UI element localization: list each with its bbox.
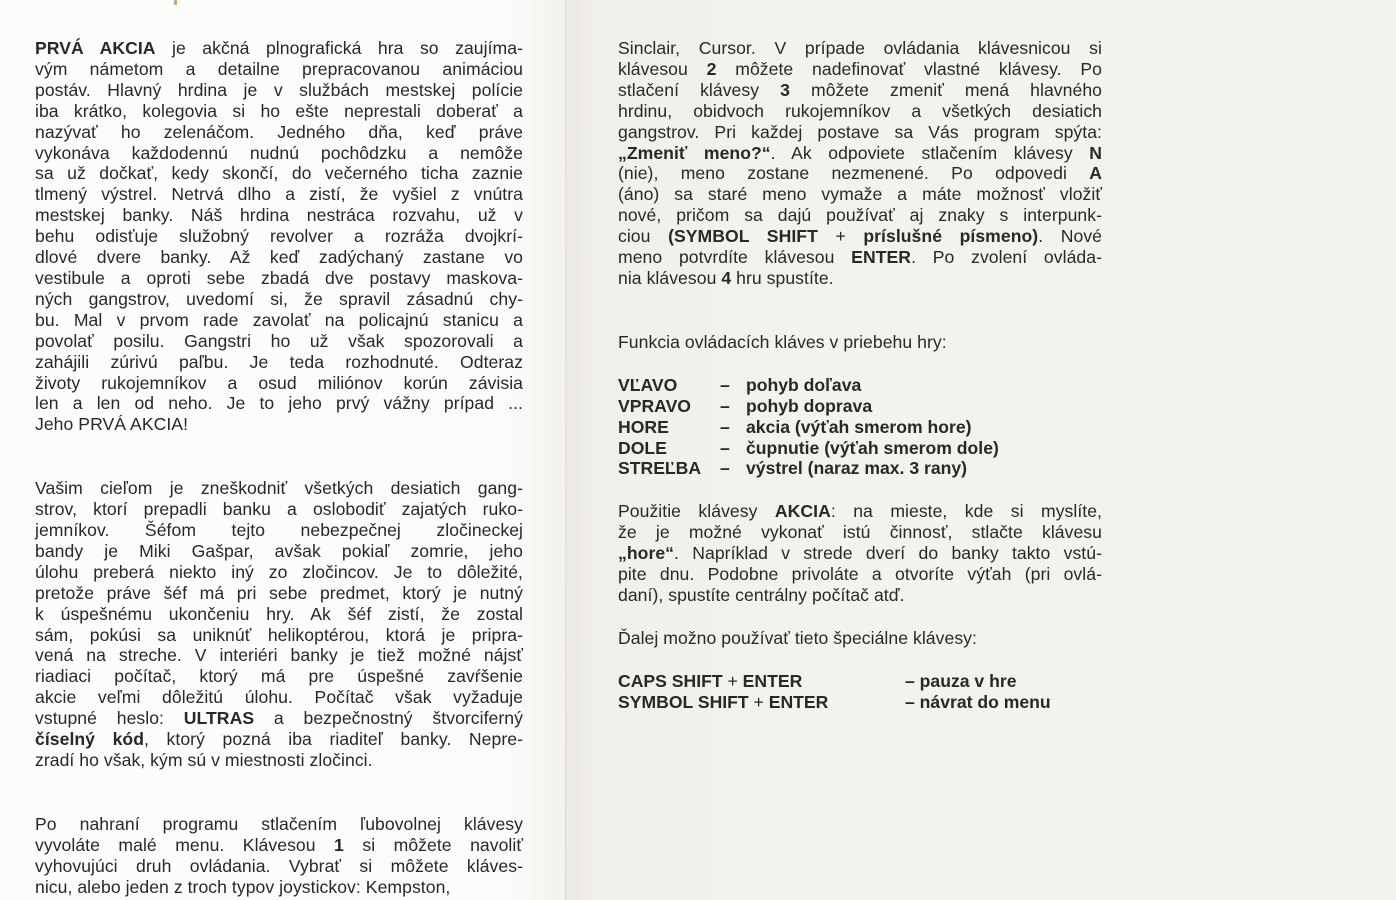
control-row: VPRAVO–pohyb doprava [618,396,1102,417]
control-key: DOLE [618,438,720,459]
manual-spread: PRVÁ AKCIA je akčná plnografická hra so … [0,0,1396,900]
control-row: DOLE–čupnutie (výťah smerom dole) [618,438,1102,459]
control-key: HORE [618,417,720,438]
text-line: vstupné heslo: ULTRAS a bezpečnostný štv… [35,708,523,729]
text-run: hrdinu, obidvoch rukojemníkov a všetkých… [618,101,1102,121]
text-line: Po nahraní programu stlačením ľubovolnej… [35,814,523,835]
text-run: , ktorý pozná iba riaditeľ banky. Nepre- [144,729,523,749]
text-line: k úspešnému ukončeniu hry. Ak šéf zistí,… [35,604,523,625]
text-run: akcie veľmi dôležitú úlohu. Počítač však… [35,687,523,707]
text-run: nazývať ho zelenáčom. Jedného dňa, keď p… [35,122,523,142]
text-line: PRVÁ AKCIA je akčná plnografická hra so … [35,38,523,59]
text-line: nicu, alebo jeden z troch typov joystick… [35,877,523,898]
text-run: klávesou [618,59,707,79]
text-run: nia klávesou [618,268,721,288]
text-line: jemníkov. Šéfom tejto nebezpečnej zločin… [35,520,523,541]
text-run: môžete zmeniť mená hlavného [790,80,1102,100]
text-run: . Po zvolení ovláda- [911,247,1102,267]
control-row: VĽAVO–pohyb doľava [618,375,1102,396]
bold-term: AKCIA [775,501,831,521]
text-line: nové, pričom sa dajú používať aj znaky s… [618,205,1102,226]
special-keys-list: CAPS SHIFT + ENTER– pauza v hreSYMBOL SH… [618,671,1102,713]
control-key: VPRAVO [618,396,720,417]
text-line: dlové dvere banky. Až keď zadýchaný zast… [35,247,523,268]
key-name: SYMBOL SHIFT [618,692,749,712]
text-run: môžete nadefinovať vlastné klávesy. Po [716,59,1102,79]
text-run: vykonáva každodennú nudnú pochôdzku a ne… [35,143,523,163]
bold-term: PRVÁ AKCIA [35,38,156,58]
text-run: postáv. Hlavný hrdina je v službách mest… [35,80,523,100]
text-run: a bezpečnostný štvorciferný [254,708,523,728]
text-line: len a len od neho. Je to jeho prvý vážny… [35,393,523,414]
text-line: iba krátko, kolegovia si ho ešte neprest… [35,101,523,122]
text-line: povolať posilu. Gangstri ho už však spoz… [35,331,523,352]
text-run: je akčná plnografická hra so zaujíma- [156,38,523,58]
text-line: Jeho PRVÁ AKCIA! [35,414,523,435]
paragraph-gap [618,606,1102,628]
text-line: vyhovujúci druh ovládania. Vybrať si môž… [35,856,523,877]
bold-term: ENTER [851,247,911,267]
plus-sign: + [723,671,743,691]
text-run: behu odisťuje služobný revolver a rozráž… [35,226,523,246]
text-run: ciou [618,226,668,246]
text-run: vyhovujúci druh ovládania. Vybrať si môž… [35,856,523,876]
text-run: meno potvrdíte klávesou [618,247,851,267]
text-run: gangstrov. Pri každej postave sa Vás pro… [618,122,1102,142]
text-line: (nie), meno zostane nezmenené. Po odpove… [618,163,1102,184]
text-line: že je možné vykonať istú činnosť, stlačt… [618,522,1102,543]
bold-term: ULTRAS [184,708,254,728]
bold-term: „hore“ [618,543,674,563]
text-run: zahájili zúrivú paľbu. Je teda rozhodnut… [35,352,523,372]
bold-term: 4 [721,268,731,288]
special-heading: Ďalej možno používať tieto špeciálne klá… [618,628,1102,649]
control-action: čupnutie (výťah smerom dole) [746,438,999,459]
text-run: zradí ho však, kým sú v miestnosti zloči… [35,750,373,770]
text-run: vená na streche. V interiéri banky je ti… [35,645,523,665]
text-run: : na mieste, kde si myslíte, [831,501,1102,521]
text-run: úlohu preberá niekto iný zo zločincov. J… [35,562,523,582]
bold-term: „Zmeniť meno?“ [618,143,771,163]
text-line: bandy je Miki Gašpar, avšak pokiaľ zomri… [35,541,523,562]
text-run: (nie), meno zostane nezmenené. Po odpove… [618,163,1089,183]
text-line: „Zmeniť meno?“. Ak odpoviete stlačením k… [618,143,1102,164]
dash: – [720,438,746,459]
text-line: akcie veľmi dôležitú úlohu. Počítač však… [35,687,523,708]
text-line: nia klávesou 4 hru spustíte. [618,268,1102,289]
special-key-row: SYMBOL SHIFT + ENTER– návrat do menu [618,692,1102,713]
left-column: PRVÁ AKCIA je akčná plnografická hra so … [35,38,523,898]
key-combo: CAPS SHIFT + ENTER [618,671,905,692]
text-run: iba krátko, kolegovia si ho ešte neprest… [35,101,523,121]
dash: – [720,375,746,396]
text-line: úlohu preberá niekto iný zo zločincov. J… [35,562,523,583]
text-run: strov, ktorí prepadli banku a oslobodiť … [35,499,523,519]
text-line: vestibule a oproti sebe zbadá dve postav… [35,268,523,289]
text-line: zahájili zúrivú paľbu. Je teda rozhodnut… [35,352,523,373]
control-action: výstrel (naraz max. 3 rany) [746,458,967,479]
text-run: sa už dočkať, kedy skončí, do večerného … [35,163,523,183]
text-run: mestskej banky. Náš hrdina nestráca rozv… [35,205,523,225]
bold-term: 3 [780,80,790,100]
text-line: riadiaci počítač, ktorý má pre úspešné z… [35,666,523,687]
text-run: nové, pričom sa dajú používať aj znaky s… [618,205,1102,225]
text-run: si môžete navoliť [344,835,523,855]
text-run: dlové dvere banky. Až keď zadýchaný zast… [35,247,523,267]
paragraph-gap [618,479,1102,501]
text-run: bandy je Miki Gašpar, avšak pokiaľ zomri… [35,541,523,561]
bold-term: číselný kód [35,729,144,749]
text-line: (áno) sa staré meno vymaže a máte možnos… [618,184,1102,205]
text-run: k úspešnému ukončeniu hry. Ak šéf zistí,… [35,604,523,624]
text-run: životy rukojemníkov a osud miliónov korú… [35,373,523,393]
text-run: vstupné heslo: [35,708,184,728]
text-run: tlmený výstrel. Netrvá dlho a zistí, že … [35,184,523,204]
text-line: ciou (SYMBOL SHIFT + príslušné písmeno).… [618,226,1102,247]
paragraph-gap [35,435,523,478]
paragraph-gap [618,289,1102,332]
text-line: stlačení klávesy 3 môžete zmeniť mená hl… [618,80,1102,101]
text-line: „hore“. Napríklad v strede dverí do bank… [618,543,1102,564]
text-run: vým námetom a detailne prepracovanou ani… [35,59,523,79]
control-row: HORE–akcia (výťah smerom hore) [618,417,1102,438]
text-run: pretože práve šéf má pri sebe predmet, k… [35,583,523,603]
dash: – [720,396,746,417]
text-line: gangstrov. Pri každej postave sa Vás pro… [618,122,1102,143]
text-line: číselný kód, ktorý pozná iba riaditeľ ba… [35,729,523,750]
text-line: bu. Mal v prvom rade zavolať na policajn… [35,310,523,331]
text-line: Použitie klávesy AKCIA: na mieste, kde s… [618,501,1102,522]
bold-term: (SYMBOL SHIFT [668,226,818,246]
text-run: sám, pokúsi sa uniknúť helikoptérou, kto… [35,625,523,645]
text-run: vestibule a oproti sebe zbadá dve postav… [35,268,523,288]
text-line: mestskej banky. Náš hrdina nestráca rozv… [35,205,523,226]
text-run: . Ak odpoviete stlačením klávesy [771,143,1090,163]
key-name: ENTER [743,671,803,691]
text-run: že je možné vykonať istú činnosť, stlačt… [618,522,1102,542]
text-line: ných gangstrov, uvedomí si, že spravil z… [35,289,523,310]
control-row: STREĽBA–výstrel (naraz max. 3 rany) [618,458,1102,479]
text-line: postáv. Hlavný hrdina je v službách mest… [35,80,523,101]
text-run: pite dnu. Podobne privoláte a otvoríte v… [618,564,1102,584]
bold-term: 1 [334,835,344,855]
text-line: behu odisťuje služobný revolver a rozráž… [35,226,523,247]
text-run: vyvoláte malé menu. Klávesou [35,835,334,855]
special-action: – pauza v hre [905,671,1016,692]
paragraph-gap [618,353,1102,375]
text-run: Po nahraní programu stlačením ľubovolnej… [35,814,523,834]
key-name: CAPS SHIFT [618,671,723,691]
text-run: nicu, alebo jeden z troch typov joystick… [35,877,450,897]
control-key: STREĽBA [618,458,720,479]
text-line: klávesou 2 môžete nadefinovať vlastné kl… [618,59,1102,80]
text-run: Sinclair, Cursor. V prípade ovládania kl… [618,38,1102,58]
text-line: sa už dočkať, kedy skončí, do večerného … [35,163,523,184]
text-run: . Nové [1038,226,1102,246]
text-line: životy rukojemníkov a osud miliónov korú… [35,373,523,394]
paper-speck [174,0,177,5]
special-action: – návrat do menu [905,692,1051,713]
text-line: hrdinu, obidvoch rukojemníkov a všetkých… [618,101,1102,122]
text-line: vená na streche. V interiéri banky je ti… [35,645,523,666]
text-line: pite dnu. Podobne privoláte a otvoríte v… [618,564,1102,585]
left-page: PRVÁ AKCIA je akčná plnografická hra so … [0,0,566,900]
text-line: vyvoláte malé menu. Klávesou 1 si môžete… [35,835,523,856]
paragraph-gap [35,771,523,814]
text-run: Použitie klávesy [618,501,775,521]
text-run: . Napríklad v strede dverí do banky takt… [674,543,1102,563]
paragraph-gap [618,649,1102,671]
control-action: pohyb doprava [746,396,872,417]
text-line: sám, pokúsi sa uniknúť helikoptérou, kto… [35,625,523,646]
dash: – [720,417,746,438]
text-line: pretože práve šéf má pri sebe predmet, k… [35,583,523,604]
text-line: vým námetom a detailne prepracovanou ani… [35,59,523,80]
text-run: Vašim cieľom je zneškodniť všetkých desi… [35,478,523,498]
goal-paragraph: Vašim cieľom je zneškodniť všetkých desi… [35,478,523,771]
plus-sign: + [749,692,769,712]
key-combo: SYMBOL SHIFT + ENTER [618,692,905,713]
bold-term: príslušné písmeno) [863,226,1038,246]
controls-list: VĽAVO–pohyb doľavaVPRAVO–pohyb dopravaHO… [618,375,1102,480]
text-run: len a len od neho. Je to jeho prvý vážny… [35,393,523,413]
text-run: bu. Mal v prvom rade zavolať na policajn… [35,310,523,330]
text-run: Jeho PRVÁ AKCIA! [35,414,188,434]
text-line: meno potvrdíte klávesou ENTER. Po zvolen… [618,247,1102,268]
plus-sign: + [818,226,863,246]
dash: – [720,458,746,479]
action-key-paragraph: Použitie klávesy AKCIA: na mieste, kde s… [618,501,1102,606]
text-line: Vašim cieľom je zneškodniť všetkých desi… [35,478,523,499]
menu-paragraph: Sinclair, Cursor. V prípade ovládania kl… [618,38,1102,289]
text-line: tlmený výstrel. Netrvá dlho a zistí, že … [35,184,523,205]
text-run: hru spustíte. [731,268,833,288]
key-name: ENTER [769,692,829,712]
control-action: akcia (výťah smerom hore) [746,417,972,438]
loading-paragraph: Po nahraní programu stlačením ľubovolnej… [35,814,523,898]
text-line: daní), spustíte centrálny počítač atď. [618,585,1102,606]
intro-paragraph: PRVÁ AKCIA je akčná plnografická hra so … [35,38,523,435]
text-run: (áno) sa staré meno vymaže a máte možnos… [618,184,1102,204]
text-line: zradí ho však, kým sú v miestnosti zloči… [35,750,523,771]
bold-term: A [1089,163,1102,183]
bold-term: 2 [707,59,717,79]
text-run: stlačení klávesy [618,80,780,100]
control-key: VĽAVO [618,375,720,396]
text-run: daní), spustíte centrálny počítač atď. [618,585,905,605]
controls-heading: Funkcia ovládacích kláves v priebehu hry… [618,332,1102,353]
text-run: ných gangstrov, uvedomí si, že spravil z… [35,289,523,309]
special-key-row: CAPS SHIFT + ENTER– pauza v hre [618,671,1102,692]
text-line: vykonáva každodennú nudnú pochôdzku a ne… [35,143,523,164]
bold-term: N [1089,143,1102,163]
text-run: riadiaci počítač, ktorý má pre úspešné z… [35,666,523,686]
text-line: nazývať ho zelenáčom. Jedného dňa, keď p… [35,122,523,143]
text-line: strov, ktorí prepadli banku a oslobodiť … [35,499,523,520]
text-run: jemníkov. Šéfom tejto nebezpečnej zločin… [35,520,523,540]
right-column: Sinclair, Cursor. V prípade ovládania kl… [618,38,1102,713]
text-run: povolať posilu. Gangstri ho už však spoz… [35,331,523,351]
text-line: Sinclair, Cursor. V prípade ovládania kl… [618,38,1102,59]
control-action: pohyb doľava [746,375,861,396]
